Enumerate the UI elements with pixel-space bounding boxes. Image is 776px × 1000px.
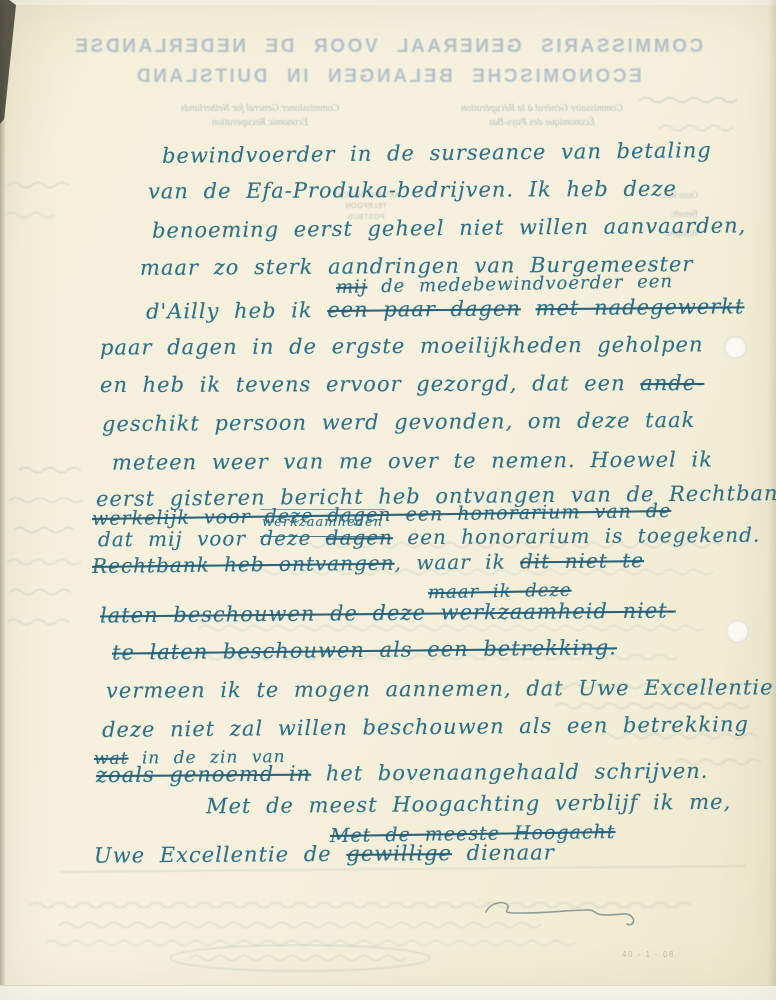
signature-flourish [0, 0, 776, 1000]
printer-code: 40 - 1 - 08 [622, 950, 675, 959]
scanned-letter-page: COMMISSARIS GENERAAL VOOR DE NEDERLANDSE… [0, 0, 776, 1000]
